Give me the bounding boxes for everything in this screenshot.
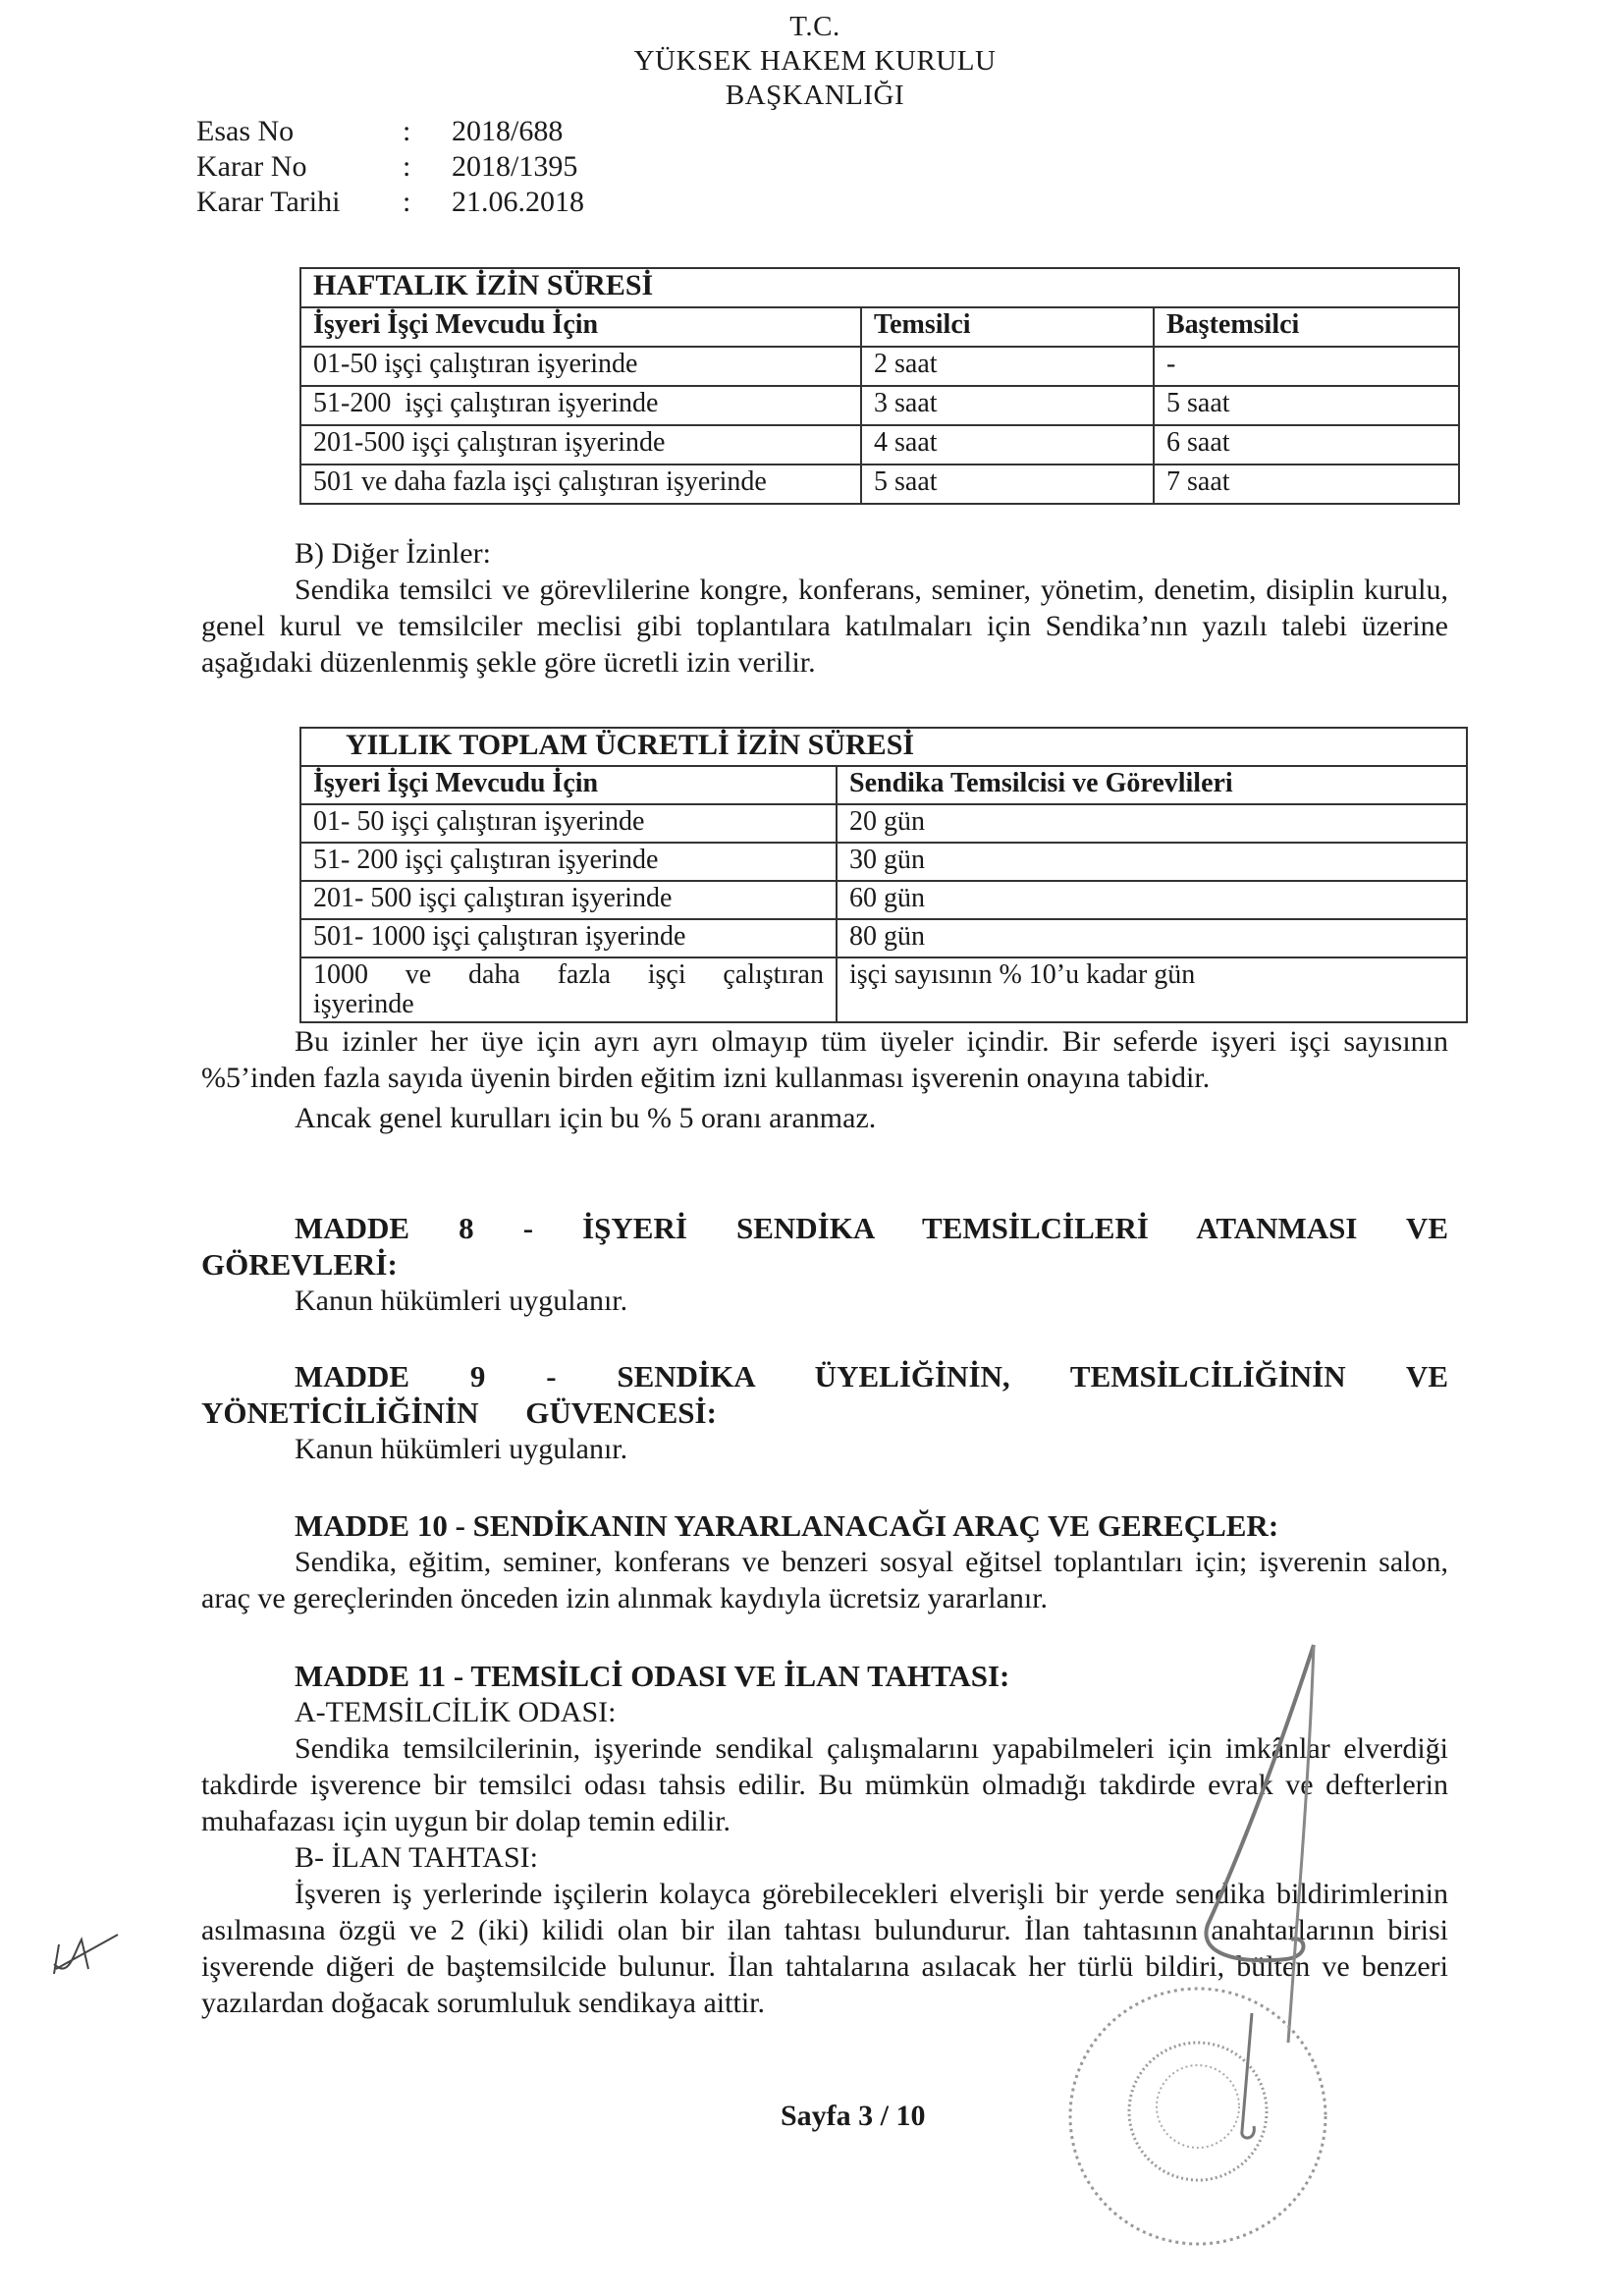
meta-label: Esas No: [196, 114, 403, 149]
meta-label: Karar No: [196, 149, 403, 185]
table-row: 51- 200 işçi çalıştıran işyerinde 30 gün: [300, 843, 1467, 881]
table-row: 01- 50 işçi çalıştıran işyerinde 20 gün: [300, 804, 1467, 843]
article-8-heading: MADDE 8 - İŞYERİ SENDİKA TEMSİLCİLERİ AT…: [201, 1210, 1448, 1283]
column-header: Sendika Temsilcisi ve Görevlileri: [837, 766, 1467, 804]
meta-value: 21.06.2018: [452, 186, 584, 218]
article-9: MADDE 9 - SENDİKA ÜYELİĞİNİN, TEMSİLCİLİ…: [201, 1358, 1448, 1467]
page-number: Sayfa 3 / 10: [781, 2100, 926, 2133]
table-cell: 51-200 işçi çalıştıran işyerinde: [300, 386, 861, 425]
table-cell: 01- 50 işçi çalıştıran işyerinde: [300, 804, 837, 843]
meta-row-karar-tarihi: Karar Tarihi:21.06.2018: [196, 185, 584, 220]
table-row: 201-500 işçi çalıştıran işyerinde 4 saat…: [300, 425, 1459, 465]
meta-value: 2018/688: [452, 115, 563, 147]
yearly-leave-table: YILLIK TOPLAM ÜCRETLİ İZİN SÜRESİ İşyeri…: [299, 727, 1468, 1023]
meta-colon: :: [403, 185, 452, 220]
table-title: HAFTALIK İZİN SÜRESİ: [300, 268, 1459, 307]
case-meta: Esas No:2018/688 Karar No:2018/1395 Kara…: [196, 114, 584, 220]
table-cell: 501- 1000 işçi çalıştıran işyerinde: [300, 919, 837, 957]
table-title: YILLIK TOPLAM ÜCRETLİ İZİN SÜRESİ: [300, 728, 1467, 766]
issuer-header: T.C. YÜKSEK HAKEM KURULU BAŞKANLIĞI: [550, 10, 1080, 113]
table-cell: 6 saat: [1154, 425, 1459, 465]
section-b: B) Diğer İzinler: Sendika temsilci ve gö…: [201, 535, 1448, 681]
table-cell: -: [1154, 347, 1459, 386]
section-b-paragraph: Sendika temsilci ve görevlilerine kongre…: [201, 572, 1448, 681]
meta-row-esas: Esas No:2018/688: [196, 114, 584, 149]
article-9-body: Kanun hükümleri uygulanır.: [201, 1431, 1448, 1467]
leave-note-exception: Ancak genel kurulları için bu % 5 oranı …: [201, 1100, 1448, 1136]
weekly-leave-table: HAFTALIK İZİN SÜRESİ İşyeri İşçi Mevcudu…: [299, 267, 1460, 505]
initials-icon: [44, 1925, 123, 1984]
table-cell: 3 saat: [861, 386, 1154, 425]
table-row: 501- 1000 işçi çalıştıran işyerinde 80 g…: [300, 919, 1467, 957]
table-cell: 60 gün: [837, 881, 1467, 919]
meta-row-karar-no: Karar No:2018/1395: [196, 149, 584, 185]
article-9-heading: MADDE 9 - SENDİKA ÜYELİĞİNİN, TEMSİLCİLİ…: [201, 1358, 1448, 1431]
table-cell: 5 saat: [861, 465, 1154, 504]
official-stamp-icon: [1036, 1984, 1360, 2278]
section-b-heading: B) Diğer İzinler:: [201, 535, 1448, 572]
meta-colon: :: [403, 114, 452, 149]
table-cell: 20 gün: [837, 804, 1467, 843]
column-header: Baştemsilci: [1154, 307, 1459, 347]
table-cell: 51- 200 işçi çalıştıran işyerinde: [300, 843, 837, 881]
table-cell: 4 saat: [861, 425, 1154, 465]
table-cell: 201- 500 işçi çalıştıran işyerinde: [300, 881, 837, 919]
article-8-body: Kanun hükümleri uygulanır.: [201, 1283, 1448, 1319]
article-10-heading: MADDE 10 - SENDİKANIN YARARLANACAĞI ARAÇ…: [201, 1507, 1448, 1544]
table-cell: 501 ve daha fazla işçi çalıştıran işyeri…: [300, 465, 861, 504]
table-cell: işçi sayısının % 10’u kadar gün: [837, 957, 1467, 1022]
header-presidency: BAŞKANLIĞI: [550, 79, 1080, 113]
article-10-body: Sendika, eğitim, seminer, konferans ve b…: [201, 1544, 1448, 1616]
table-row: 501 ve daha fazla işçi çalıştıran işyeri…: [300, 465, 1459, 504]
table-cell: 201-500 işçi çalıştıran işyerinde: [300, 425, 861, 465]
meta-colon: :: [403, 149, 452, 185]
column-header: Temsilci: [861, 307, 1154, 347]
column-header: İşyeri İşçi Mevcudu İçin: [300, 766, 837, 804]
meta-value: 2018/1395: [452, 150, 577, 183]
table-header-row: İşyeri İşçi Mevcudu İçin Sendika Temsilc…: [300, 766, 1467, 804]
article-8: MADDE 8 - İŞYERİ SENDİKA TEMSİLCİLERİ AT…: [201, 1210, 1448, 1319]
table-header-row: İşyeri İşçi Mevcudu İçin Temsilci Baştem…: [300, 307, 1459, 347]
header-tc: T.C.: [550, 10, 1080, 44]
table-cell: 7 saat: [1154, 465, 1459, 504]
table-row: 51-200 işçi çalıştıran işyerinde 3 saat …: [300, 386, 1459, 425]
leave-note-paragraph: Bu izinler her üye için ayrı ayrı olmayı…: [201, 1023, 1448, 1096]
table-cell: 80 gün: [837, 919, 1467, 957]
table-cell: 5 saat: [1154, 386, 1459, 425]
header-institution: YÜKSEK HAKEM KURULU: [550, 44, 1080, 79]
table-row: 1000 ve daha fazla işçi çalıştıran işyer…: [300, 957, 1467, 1022]
article-10: MADDE 10 - SENDİKANIN YARARLANACAĞI ARAÇ…: [201, 1507, 1448, 1616]
table-row: 01-50 işçi çalıştıran işyerinde 2 saat -: [300, 347, 1459, 386]
column-header: İşyeri İşçi Mevcudu İçin: [300, 307, 861, 347]
meta-label: Karar Tarihi: [196, 185, 403, 220]
table-cell: 1000 ve daha fazla işçi çalıştıran işyer…: [300, 957, 837, 1022]
table-cell: 30 gün: [837, 843, 1467, 881]
table-cell: 01-50 işçi çalıştıran işyerinde: [300, 347, 861, 386]
table-cell: 2 saat: [861, 347, 1154, 386]
leave-notes: Bu izinler her üye için ayrı ayrı olmayı…: [201, 1023, 1448, 1136]
table-row: 201- 500 işçi çalıştıran işyerinde 60 gü…: [300, 881, 1467, 919]
